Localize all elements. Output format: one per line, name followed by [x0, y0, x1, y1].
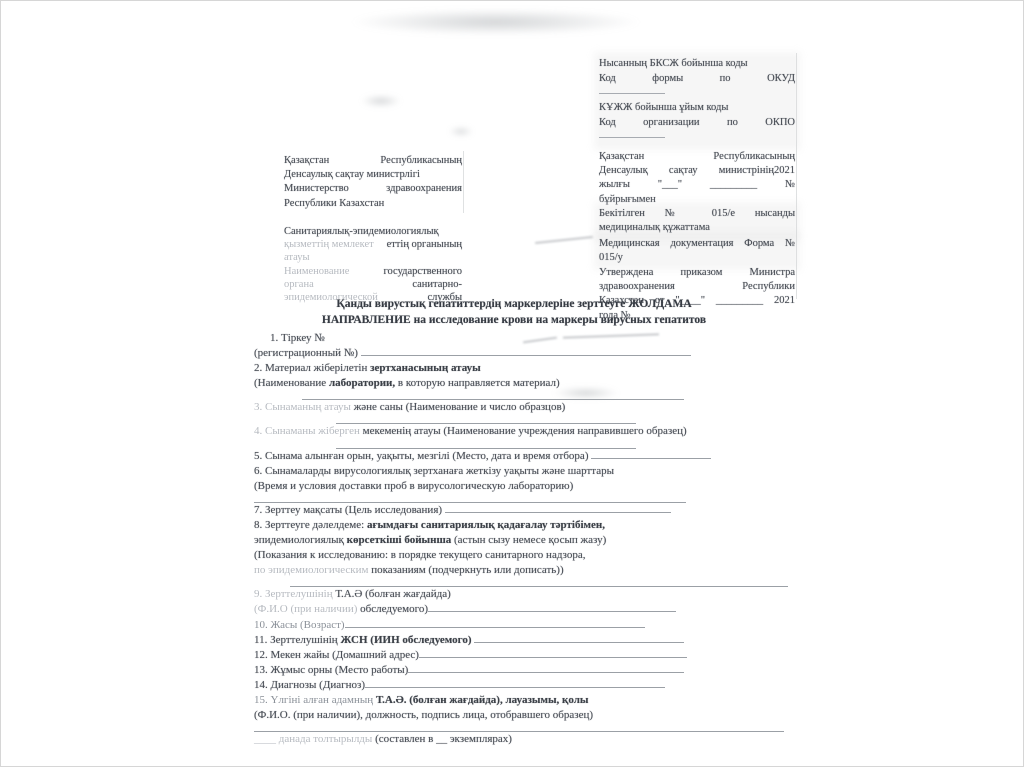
- form-line: 9. Зерттелушінің Т.А.Ә (болған жағдайда): [254, 587, 814, 602]
- form-line: (Время и условия доставки проб в вирусол…: [254, 479, 814, 494]
- okud-label-ru: Код формы по ОКУД: [599, 72, 795, 87]
- scan-table-edge: [796, 53, 797, 299]
- form-text: ЖСН (ИИН обследуемого): [340, 634, 474, 646]
- form-text: показаниям (подчеркнуть или дописать)): [368, 564, 563, 576]
- form-text: эпидемиологиялық: [254, 534, 347, 546]
- form-text: және саны (Наименование и число образцов…: [351, 401, 565, 413]
- form-line: 5. Сынама алынған орын, уақыты, мезгілі …: [254, 449, 814, 464]
- fill-in-rule: [290, 578, 788, 587]
- form-text: (Показания к исследованию: в порядке тек…: [254, 549, 585, 561]
- fill-in-line: [474, 633, 684, 643]
- blank-fill-row: [254, 723, 814, 732]
- fill-in-line: [345, 618, 645, 628]
- okpo-label-ru: Код организации по ОКПО: [599, 116, 795, 131]
- form-text: лаборатории,: [329, 377, 395, 389]
- form-text: 6. Сынамаларды вирусологиялық зертханаға…: [254, 465, 614, 477]
- okud-label-kz: Нысанның БКСЖ бойынша коды: [599, 57, 795, 72]
- fill-in-line: [361, 346, 691, 356]
- form-text: 14. Диагнозы (Диагноз): [254, 679, 365, 691]
- sanepid-service-block: Санитариялық-эпидемиологиялық қызметтің …: [284, 225, 462, 304]
- form-text: (Ф.И.О. (при наличии), должность, подпис…: [254, 709, 593, 721]
- sanepid-text: еттің органының: [387, 238, 462, 251]
- form-number-block: Бекітілген № 015/е нысанды медициналық қ…: [599, 207, 795, 235]
- form-text: Т.А.Ә. (болған жағдайда), лауазымы, қолы: [376, 694, 589, 706]
- form-title: Қанды вирустық гепатиттердің маркерлерін…: [254, 297, 774, 328]
- fill-in-rule: [336, 415, 636, 424]
- form-text: 9. Зерттелушінің: [254, 588, 333, 600]
- form-line: 8. Зерттеуге дәлелдеме: ағымдағы санитар…: [254, 518, 814, 533]
- form-text: 13. Жұмыс орны (Место работы): [254, 664, 408, 676]
- form-line: ____ данада толтырылды (составлен в __ э…: [254, 732, 814, 747]
- approval-kz-line: Денсаулық сақтау министрінің2021: [599, 164, 795, 178]
- form-line: по эпидемиологическим показаниям (подчер…: [254, 563, 814, 578]
- okud-code-block: Нысанның БКСЖ бойынша коды Код формы по …: [599, 57, 795, 145]
- form-text: (Время и условия доставки проб в вирусол…: [254, 480, 573, 492]
- sanepid-text: қызметтің мемлекет: [284, 238, 374, 251]
- form-line: (Ф.И.О. (при наличии), должность, подпис…: [254, 708, 814, 723]
- ministry-line: Министерство здравоохранения: [284, 182, 462, 196]
- sanepid-text: санитарно-: [412, 278, 462, 291]
- scan-table-edge: [463, 151, 464, 213]
- scan-artifact: [361, 95, 401, 107]
- form-text: (регистрационный №): [254, 347, 361, 359]
- approval-ru-line: Утверждена приказом Министра: [599, 266, 795, 280]
- blank-fill-row: [254, 494, 814, 503]
- okud-fill-line: [599, 86, 665, 94]
- form-number-line: медициналық құжаттама: [599, 221, 795, 235]
- form-line: эпидемиологиялық көрсеткіші бойынша (аст…: [254, 533, 814, 548]
- approval-kz-line: жылғы "___" _________ №: [599, 178, 795, 192]
- form-text: ____ данада толтырылды: [254, 733, 375, 745]
- form-text: 11. Зерттелушінің: [254, 634, 340, 646]
- form-line: (Показания к исследованию: в порядке тек…: [254, 548, 814, 563]
- form-text: в которую направляется материал): [395, 377, 560, 389]
- sanepid-line: Санитариялық-эпидемиологиялық: [284, 225, 462, 238]
- fill-in-rule: [254, 494, 686, 503]
- ink-smudge: [535, 236, 593, 244]
- fill-in-line: [365, 678, 665, 688]
- form-text: (Наименование: [254, 377, 329, 389]
- approval-block-kz: Қазақстан Республикасының Денсаулық сақт…: [599, 150, 795, 207]
- form-line: 14. Диагнозы (Диагноз): [254, 678, 814, 693]
- form-text: 7. Зерттеу мақсаты (Цель исследования): [254, 504, 445, 516]
- sanepid-line: Наименование государственного: [284, 265, 462, 278]
- form-line: 2. Материал жіберілетін зертханасының ат…: [254, 361, 814, 376]
- form-line: (Ф.И.О (при наличии) обследуемого): [254, 602, 814, 617]
- form-text: 2. Материал жіберілетін: [254, 362, 370, 374]
- blank-fill-row: [254, 391, 814, 400]
- form-text: (составлен в __ экземплярах): [375, 733, 512, 745]
- form-line: 15. Үлгіні алған адамның Т.А.Ә. (болған …: [254, 693, 814, 708]
- form-text: 4. Сынаманы жіберген: [254, 425, 360, 437]
- form-line: (Наименование лаборатории, в которую нап…: [254, 376, 814, 391]
- form-text: 15. Үлгіні алған адамның: [254, 694, 376, 706]
- sanepid-line: атауы: [284, 251, 462, 264]
- form-line: 7. Зерттеу мақсаты (Цель исследования): [254, 503, 814, 518]
- form-line: 4. Сынаманы жіберген мекеменің атауы (На…: [254, 424, 814, 439]
- form-text: Т.А.Ә (болған жағдайда): [333, 588, 451, 600]
- fill-in-line: [428, 602, 676, 612]
- blank-fill-row: [254, 415, 814, 424]
- fill-in-line: [419, 648, 687, 658]
- form-text: ағымдағы санитариялық қадағалау тәртібім…: [367, 519, 605, 531]
- sanepid-line: қызметтің мемлекет еттің органының: [284, 238, 462, 251]
- form-line: 10. Жасы (Возраст): [254, 618, 814, 633]
- form-line: 12. Мекен жайы (Домашний адрес): [254, 648, 814, 663]
- blank-fill-row: [254, 440, 814, 449]
- form-text: көрсеткіші бойынша: [347, 534, 452, 546]
- scanned-form-page: Нысанның БКСЖ бойынша коды Код формы по …: [0, 0, 1024, 767]
- form-title-kz: Қанды вирустық гепатиттердің маркерлерін…: [254, 297, 774, 313]
- form-text: 5. Сынама алынған орын, уақыты, мезгілі …: [254, 450, 591, 462]
- med-doc-form-block: Медицинская документация Форма № 015/у: [599, 237, 795, 265]
- form-text: обследуемого): [357, 603, 428, 615]
- form-text: зертханасының атауы: [370, 362, 481, 374]
- form-text: 10. Жасы (Возраст): [254, 619, 345, 631]
- approval-kz-line: Қазақстан Республикасының: [599, 150, 795, 164]
- form-line: 1. Тіркеу №: [254, 331, 814, 346]
- form-text: по эпидемиологическим: [254, 564, 368, 576]
- sanepid-text: государственного: [383, 265, 462, 278]
- fill-in-rule: [254, 723, 784, 732]
- fill-in-line: [445, 503, 671, 513]
- form-text: мекеменің атауы (Наименование учреждения…: [360, 425, 687, 437]
- form-line: 6. Сынамаларды вирусологиялық зертханаға…: [254, 464, 814, 479]
- sanepid-line: органа санитарно-: [284, 278, 462, 291]
- fill-in-rule: [302, 391, 684, 400]
- form-body: 1. Тіркеу №(регистрационный №) 2. Матери…: [254, 331, 814, 747]
- form-text: (астын сызу немесе қосып жазу): [451, 534, 606, 546]
- form-number-line: Бекітілген № 015/е нысанды: [599, 207, 795, 221]
- form-text: (Ф.И.О (при наличии): [254, 603, 357, 615]
- ministry-block: Қазақстан Республикасының Денсаулық сақт…: [284, 154, 462, 211]
- form-line: 13. Жұмыс орны (Место работы): [254, 663, 814, 678]
- fill-in-line: [408, 663, 684, 673]
- approval-kz-line: бұйрығымен: [599, 193, 795, 207]
- form-text: 3. Сынаманың атауы: [254, 401, 351, 413]
- scan-artifact: [351, 9, 641, 35]
- form-line: 3. Сынаманың атауы және саны (Наименован…: [254, 400, 814, 415]
- scan-artifact: [449, 127, 473, 136]
- fill-in-rule: [336, 440, 636, 449]
- form-line: (регистрационный №): [254, 346, 814, 361]
- blank-fill-row: [254, 578, 814, 587]
- ministry-line: Денсаулық сақтау министрлігі: [284, 168, 462, 182]
- okpo-fill-line: [599, 130, 665, 138]
- form-text: 8. Зерттеуге дәлелдеме:: [254, 519, 367, 531]
- med-doc-line: 015/у: [599, 251, 795, 265]
- form-line: 11. Зерттелушінің ЖСН (ИИН обследуемого): [254, 633, 814, 648]
- form-text: 1. Тіркеу №: [270, 332, 325, 344]
- med-doc-line: Медицинская документация Форма №: [599, 237, 795, 251]
- fill-in-line: [591, 449, 711, 459]
- form-title-ru: НАПРАВЛЕНИЕ на исследование крови на мар…: [254, 313, 774, 329]
- form-text: 12. Мекен жайы (Домашний адрес): [254, 649, 419, 661]
- ministry-line: Республики Казахстан: [284, 197, 462, 211]
- sanepid-text: Наименование: [284, 265, 349, 278]
- okpo-label-kz: КҰЖЖ бойынша ұйым коды: [599, 101, 795, 116]
- ministry-line: Қазақстан Республикасының: [284, 154, 462, 168]
- sanepid-text: органа: [284, 278, 314, 291]
- approval-ru-line: здравоохранения Республики: [599, 280, 795, 294]
